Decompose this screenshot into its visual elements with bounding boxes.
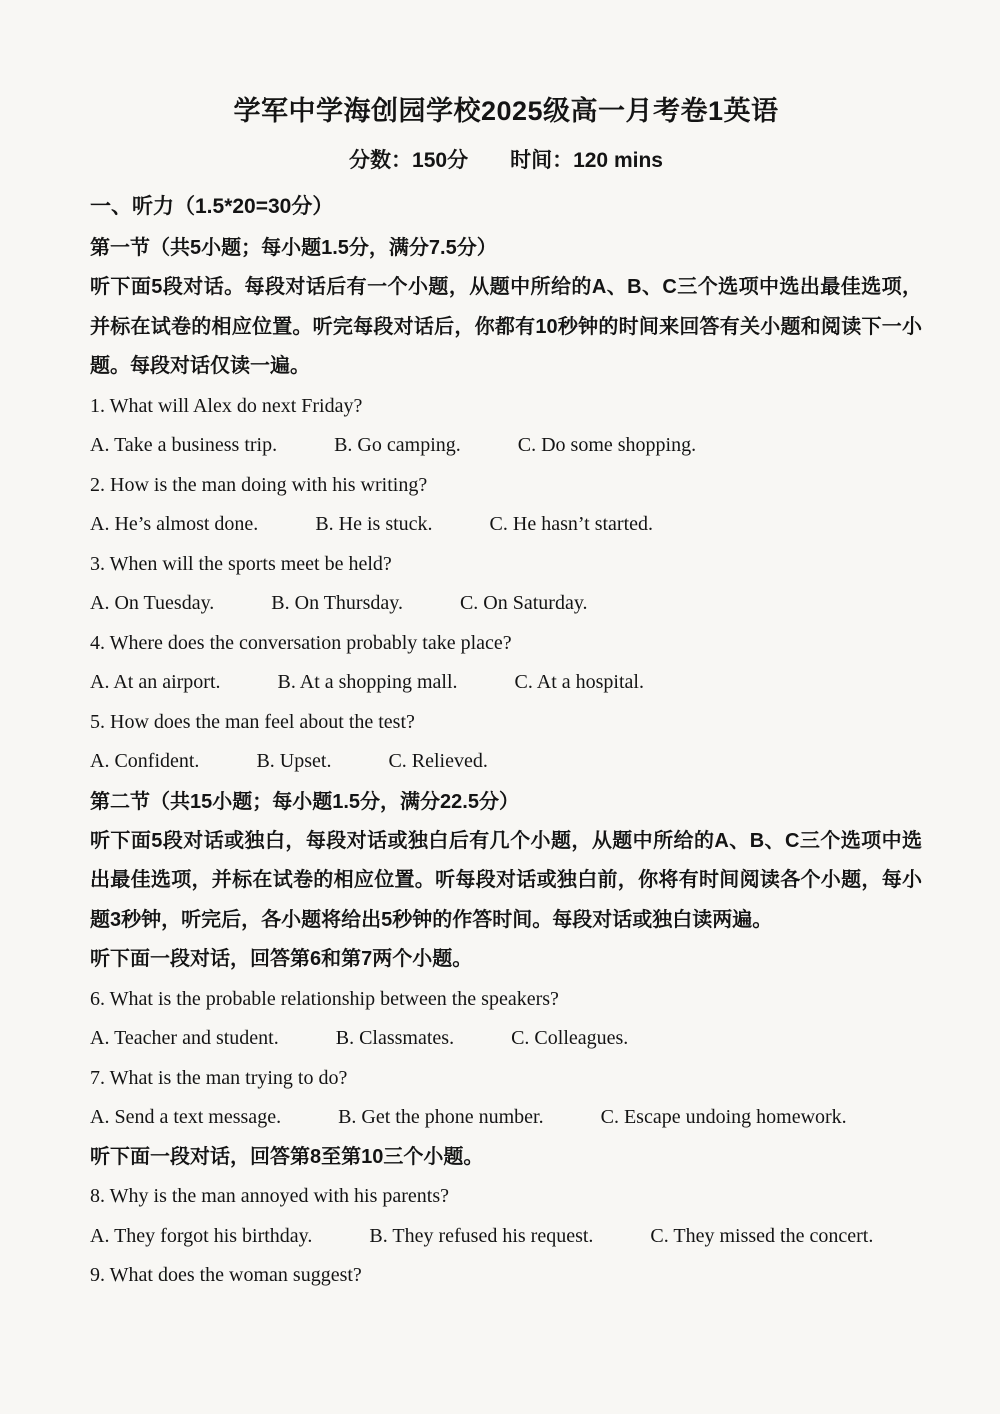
option-c: C. Escape undoing homework. (601, 1098, 847, 1138)
option-a: A. Teacher and student. (90, 1019, 279, 1059)
option-c: C. He hasn’t started. (490, 505, 654, 545)
options-row: A. They forgot his birthday. B. They ref… (90, 1217, 922, 1257)
option-a: A. They forgot his birthday. (90, 1217, 312, 1257)
exam-meta-line: 分数：150分 时间：120 mins (90, 144, 922, 178)
question-text: 1. What will Alex do next Friday? (90, 387, 922, 427)
option-a: A. Take a business trip. (90, 426, 277, 466)
question-text: 7. What is the man trying to do? (90, 1059, 922, 1099)
time-label: 时间：120 mins (510, 144, 663, 178)
option-b: B. Get the phone number. (338, 1098, 544, 1138)
exam-paper-page: 学军中学海创园学校2025级高一月考卷1英语 分数：150分 时间：120 mi… (0, 0, 1000, 1414)
page-title: 学军中学海创园学校2025级高一月考卷1英语 (90, 92, 922, 130)
question-8: 8. Why is the man annoyed with his paren… (90, 1177, 922, 1256)
dialogue2-prompt: 听下面一段对话，回答第8至第10三个小题。 (90, 1138, 922, 1178)
option-a: A. On Tuesday. (90, 584, 214, 624)
option-a: A. Confident. (90, 742, 199, 782)
question-2: 2. How is the man doing with his writing… (90, 466, 922, 545)
question-text: 2. How is the man doing with his writing… (90, 466, 922, 506)
question-text: 5. How does the man feel about the test? (90, 703, 922, 743)
question-text: 4. Where does the conversation probably … (90, 624, 922, 664)
options-row: A. Take a business trip. B. Go camping. … (90, 426, 922, 466)
option-a: A. Send a text message. (90, 1098, 281, 1138)
option-c: C. Relieved. (388, 742, 487, 782)
question-text: 6. What is the probable relationship bet… (90, 980, 922, 1020)
question-3: 3. When will the sports meet be held? A.… (90, 545, 922, 624)
part1-heading: 第一节（共5小题；每小题1.5分，满分7.5分） (90, 228, 922, 268)
question-text: 3. When will the sports meet be held? (90, 545, 922, 585)
option-b: B. On Thursday. (271, 584, 403, 624)
part2-instructions: 听下面5段对话或独白，每段对话或独白后有几个小题，从题中所给的A、B、C三个选项… (90, 822, 922, 941)
section-listening-heading: 一、听力（1.5*20=30分） (90, 186, 922, 228)
score-label: 分数：150分 (349, 144, 468, 178)
option-c: C. Colleagues. (511, 1019, 628, 1059)
question-7: 7. What is the man trying to do? A. Send… (90, 1059, 922, 1138)
option-b: B. Go camping. (334, 426, 461, 466)
options-row: A. Send a text message. B. Get the phone… (90, 1098, 922, 1138)
question-1: 1. What will Alex do next Friday? A. Tak… (90, 387, 922, 466)
option-b: B. Classmates. (336, 1019, 454, 1059)
option-b: B. He is stuck. (315, 505, 432, 545)
question-text: 9. What does the woman suggest? (90, 1256, 922, 1296)
option-b: B. At a shopping mall. (278, 663, 458, 703)
options-row: A. Confident. B. Upset. C. Relieved. (90, 742, 922, 782)
question-text: 8. Why is the man annoyed with his paren… (90, 1177, 922, 1217)
part1-instructions: 听下面5段对话。每段对话后有一个小题，从题中所给的A、B、C三个选项中选出最佳选… (90, 268, 922, 387)
question-4: 4. Where does the conversation probably … (90, 624, 922, 703)
option-b: B. They refused his request. (369, 1217, 593, 1257)
option-c: C. They missed the concert. (650, 1217, 873, 1257)
question-5: 5. How does the man feel about the test?… (90, 703, 922, 782)
dialogue1-prompt: 听下面一段对话，回答第6和第7两个小题。 (90, 940, 922, 980)
question-9: 9. What does the woman suggest? (90, 1256, 922, 1296)
part2-heading: 第二节（共15小题；每小题1.5分，满分22.5分） (90, 782, 922, 822)
option-a: A. He’s almost done. (90, 505, 258, 545)
options-row: A. On Tuesday. B. On Thursday. C. On Sat… (90, 584, 922, 624)
option-c: C. On Saturday. (460, 584, 588, 624)
options-row: A. Teacher and student. B. Classmates. C… (90, 1019, 922, 1059)
option-b: B. Upset. (256, 742, 331, 782)
options-row: A. At an airport. B. At a shopping mall.… (90, 663, 922, 703)
option-c: C. At a hospital. (515, 663, 644, 703)
option-a: A. At an airport. (90, 663, 221, 703)
options-row: A. He’s almost done. B. He is stuck. C. … (90, 505, 922, 545)
option-c: C. Do some shopping. (518, 426, 696, 466)
question-6: 6. What is the probable relationship bet… (90, 980, 922, 1059)
